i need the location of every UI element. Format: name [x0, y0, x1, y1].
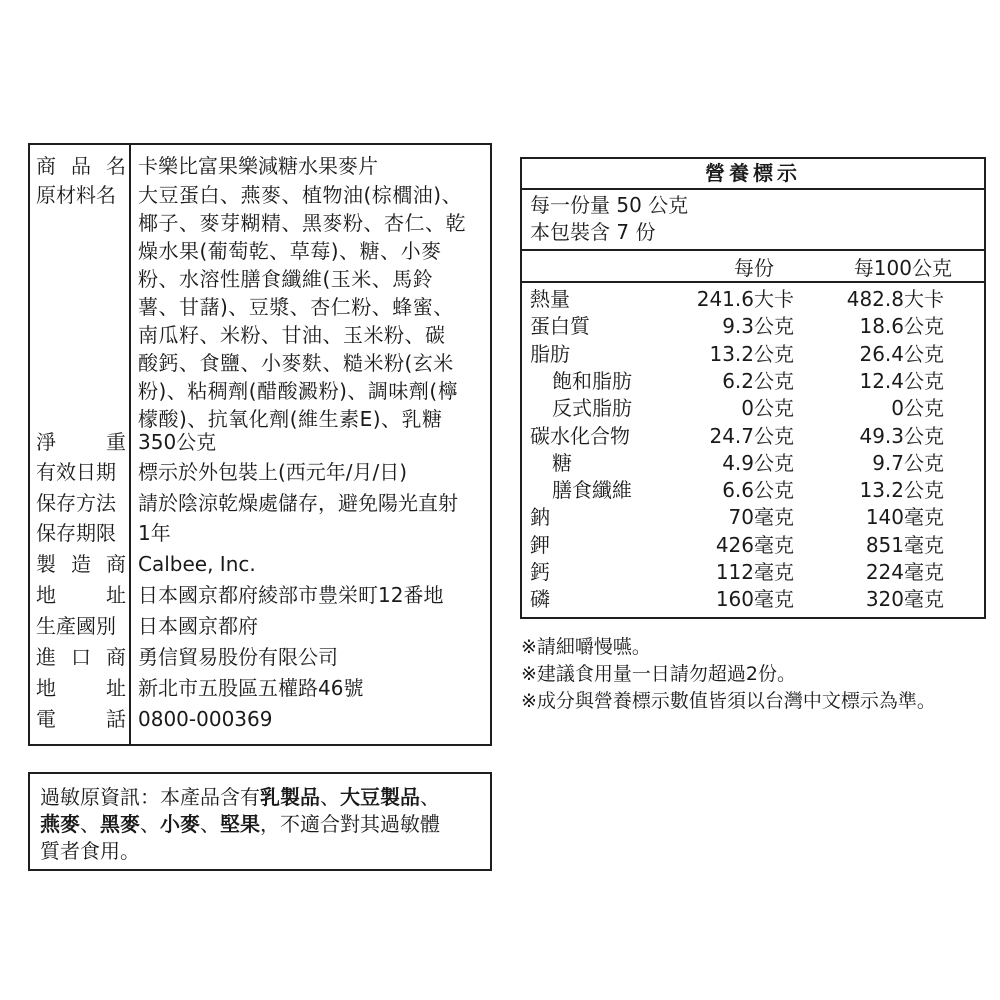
divider	[522, 281, 984, 283]
nutrition-title: 營養標示	[522, 159, 984, 190]
servings-per-pack: 本包裝含 7 份	[530, 219, 688, 246]
info-row-importer: 進口商 勇信貿易股份有限公司	[30, 643, 490, 671]
info-label: 進口商	[30, 643, 130, 671]
allergen-soy: 大豆製品	[340, 785, 420, 809]
info-label: 淨重	[30, 428, 130, 456]
allergen-info-box: 過敏原資訊：本產品含有乳製品、大豆製品、 燕麥、黑麥、小麥、堅果，不適合對其過敏…	[28, 772, 492, 871]
nutrition-row: 鈉70毫克140毫克	[522, 504, 984, 531]
nutrition-row: 熱量241.6大卡482.8大卡	[522, 286, 984, 313]
info-value: 勇信貿易股份有限公司	[130, 643, 490, 671]
divider	[522, 249, 984, 251]
per-serving-value: 160毫克	[716, 586, 794, 613]
nutrient-name: 反式脂肪	[552, 395, 632, 422]
info-row-storage-method: 保存方法 請於陰涼乾燥處儲存，避免陽光直射	[30, 489, 490, 517]
per-serving-value: 24.7公克	[709, 423, 794, 450]
per-serving-value: 6.2公克	[722, 368, 794, 395]
per-100g-value: 482.8大卡	[847, 286, 944, 313]
nutrition-row: 鈣112毫克224毫克	[522, 559, 984, 586]
allergen-oat: 燕麥	[40, 812, 80, 836]
col-per-serving: 每份	[734, 253, 774, 283]
info-row-country-of-origin: 生產國別 日本國京都府	[30, 612, 490, 640]
info-label: 地址	[30, 581, 130, 609]
info-label: 商品名	[30, 152, 130, 180]
nutrition-row: 鉀426毫克851毫克	[522, 532, 984, 559]
info-value: 請於陰涼乾燥處儲存，避免陽光直射	[130, 489, 490, 517]
nutrient-name: 膳食纖維	[552, 477, 632, 504]
product-info-table: 商品名 卡樂比富果樂減糖水果麥片 原材料名 大豆蛋白、燕麥、植物油(棕櫚油)、 …	[28, 143, 492, 746]
ingredients-list: 大豆蛋白、燕麥、植物油(棕櫚油)、 椰子、麥芽糊精、黑麥粉、杏仁、乾 燥水果(葡…	[130, 181, 490, 433]
per-serving-value: 112毫克	[716, 559, 794, 586]
info-row-importer-address: 地址 新北市五股區五權路46號	[30, 674, 490, 702]
allergen-dairy: 乳製品	[260, 785, 320, 809]
info-value: 卡樂比富果樂減糖水果麥片	[130, 152, 490, 180]
per-100g-value: 9.7公克	[872, 450, 944, 477]
per-100g-value: 0公克	[891, 395, 944, 422]
allergen-rye: 黑麥	[100, 812, 140, 836]
per-100g-value: 49.3公克	[859, 423, 944, 450]
nutrient-name: 碳水化合物	[530, 423, 630, 450]
serving-size: 每一份量 50 公克	[530, 192, 688, 219]
nutrient-name: 鈣	[530, 559, 550, 586]
column-headers: 每份 每100公克	[522, 253, 984, 283]
info-row-phone: 電話 0800-000369	[30, 705, 490, 733]
info-label: 電話	[30, 705, 130, 733]
info-row-expiry: 有效日期 標示於外包裝上(西元年/月/日)	[30, 458, 490, 486]
info-row-ingredients: 原材料名 大豆蛋白、燕麥、植物油(棕櫚油)、 椰子、麥芽糊精、黑麥粉、杏仁、乾 …	[30, 181, 490, 433]
nutrition-row: 糖4.9公克9.7公克	[522, 450, 984, 477]
nutrition-row: 碳水化合物24.7公克49.3公克	[522, 423, 984, 450]
nutrient-name: 熱量	[530, 286, 570, 313]
nutrition-row: 脂肪13.2公克26.4公克	[522, 341, 984, 368]
col-per-100g: 每100公克	[854, 253, 952, 283]
per-serving-value: 4.9公克	[722, 450, 794, 477]
info-label: 原材料名	[30, 181, 130, 433]
info-label: 保存期限	[30, 519, 130, 547]
info-label: 保存方法	[30, 489, 130, 517]
per-100g-value: 18.6公克	[859, 313, 944, 340]
note: ※成分與營養標示數值皆須以台灣中文標示為準。	[521, 688, 936, 715]
nutrient-name: 鉀	[530, 532, 550, 559]
nutrition-facts-table: 營養標示 每一份量 50 公克 本包裝含 7 份 每份 每100公克 熱量241…	[520, 157, 986, 619]
nutrient-name: 糖	[552, 450, 572, 477]
nutrient-name: 蛋白質	[530, 313, 590, 340]
nutrient-name: 飽和脂肪	[552, 368, 632, 395]
nutrition-row: 磷160毫克320毫克	[522, 586, 984, 613]
per-100g-value: 224毫克	[866, 559, 944, 586]
per-100g-value: 140毫克	[866, 504, 944, 531]
notes: ※請細嚼慢嚥。 ※建議食用量一日請勿超過2份。 ※成分與營養標示數值皆須以台灣中…	[521, 634, 936, 715]
nutrient-name: 磷	[530, 586, 550, 613]
per-100g-value: 26.4公克	[859, 341, 944, 368]
allergen-nuts: 堅果	[220, 812, 260, 836]
info-label: 有效日期	[30, 458, 130, 486]
per-serving-value: 9.3公克	[722, 313, 794, 340]
info-label: 地址	[30, 674, 130, 702]
info-label: 製造商	[30, 550, 130, 578]
info-value: 350公克	[130, 428, 490, 456]
note: ※請細嚼慢嚥。	[521, 634, 936, 661]
nutrition-row: 飽和脂肪6.2公克12.4公克	[522, 368, 984, 395]
nutrition-row: 膳食纖維6.6公克13.2公克	[522, 477, 984, 504]
per-serving-value: 6.6公克	[722, 477, 794, 504]
info-value: 0800-000369	[130, 705, 490, 733]
info-row-manufacturer-address: 地址 日本國京都府綾部市豊栄町12番地	[30, 581, 490, 609]
info-value: 日本國京都府	[130, 612, 490, 640]
per-serving-value: 0公克	[741, 395, 794, 422]
info-row-shelf-life: 保存期限 1年	[30, 519, 490, 547]
info-value: 日本國京都府綾部市豊栄町12番地	[130, 581, 490, 609]
info-value: 1年	[130, 519, 490, 547]
info-value: Calbee, Inc.	[130, 550, 490, 578]
per-100g-value: 320毫克	[866, 586, 944, 613]
per-serving-value: 426毫克	[716, 532, 794, 559]
per-serving-value: 13.2公克	[709, 341, 794, 368]
serving-info: 每一份量 50 公克 本包裝含 7 份	[530, 192, 688, 246]
nutrient-name: 鈉	[530, 504, 550, 531]
nutrient-name: 脂肪	[530, 341, 570, 368]
nutrition-row: 反式脂肪0公克0公克	[522, 395, 984, 422]
info-label: 生產國別	[30, 612, 130, 640]
per-serving-value: 70毫克	[729, 504, 794, 531]
per-100g-value: 13.2公克	[859, 477, 944, 504]
info-row-product-name: 商品名 卡樂比富果樂減糖水果麥片	[30, 152, 490, 180]
allergen-text: 過敏原資訊：本產品含有乳製品、大豆製品、 燕麥、黑麥、小麥、堅果，不適合對其過敏…	[40, 784, 486, 865]
note: ※建議食用量一日請勿超過2份。	[521, 661, 936, 688]
per-serving-value: 241.6大卡	[697, 286, 794, 313]
info-row-manufacturer: 製造商 Calbee, Inc.	[30, 550, 490, 578]
nutrition-row: 蛋白質9.3公克18.6公克	[522, 313, 984, 340]
info-row-net-weight: 淨重 350公克	[30, 428, 490, 456]
allergen-wheat: 小麥	[160, 812, 200, 836]
per-100g-value: 12.4公克	[859, 368, 944, 395]
info-value: 新北市五股區五權路46號	[130, 674, 490, 702]
per-100g-value: 851毫克	[866, 532, 944, 559]
info-value: 標示於外包裝上(西元年/月/日)	[130, 458, 490, 486]
